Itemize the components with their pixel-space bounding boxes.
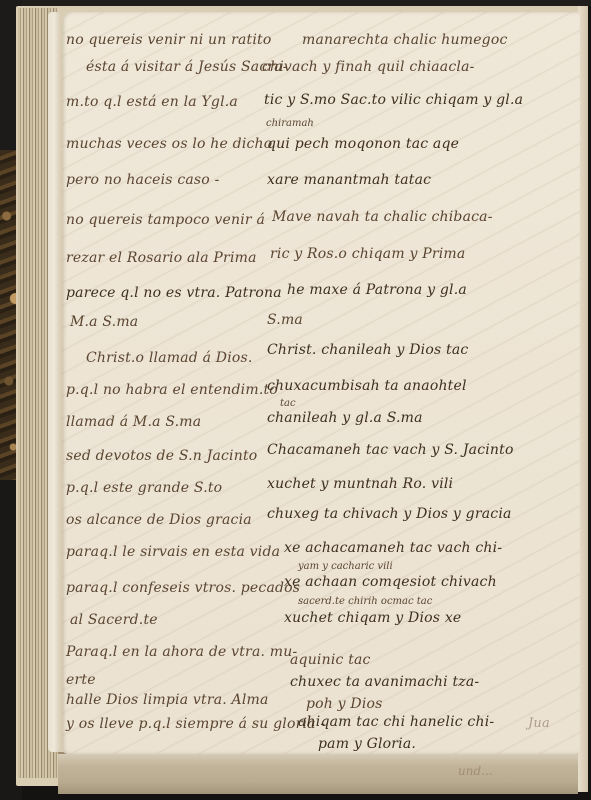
right-line-14: xuchet y muntnah Ro. vili [267,476,453,492]
left-line-4: muchas veces os lo he dicho [66,136,272,152]
right-line-9: S.ma [267,312,303,328]
right-line-23: pam y Gloria. [318,736,416,752]
left-line-22: y os lleve p.q.l siempre á su gloria - [66,716,325,732]
right-line-17: xe achaan comqesiot chivach [284,574,497,590]
left-line-10: Christ.o llamad á Dios. [86,350,253,366]
right-line-15: chuxeg ta chivach y Dios y gracia [267,506,512,522]
left-line-6: no quereis tampoco venir á [66,212,265,228]
left-line-7: rezar el Rosario ala Prima [66,250,257,266]
left-line-3: m.to q.l está en la Ygl.a [66,94,238,110]
right-line-10: Christ. chanileah y Dios tac [267,342,468,358]
right-line-4: qui pech moqonon tac aqe [267,136,459,152]
left-line-20: erte [66,672,96,688]
right-line-2: chivach y finah quil chiaacla- [262,59,475,75]
manuscript-page: no quereis venir ni un ratito manarechta… [62,12,580,754]
scan-scene: und... no quereis venir ni un ratito man… [0,0,591,800]
left-line-14: p.q.l este grande S.to [66,480,222,496]
right-line-16: xe achacamaneh tac vach chi- [284,540,502,556]
right-line-8: he maxe á Patrona y gl.a [287,282,467,298]
right-line-22: ahiqam tac chi hanelic chi- [298,714,494,730]
right-line-18: xuchet chiqam y Dios xe [284,610,461,626]
right-line-19: aquinic tac [290,652,371,668]
right-line-7: ric y Ros.o chiqam y Prima [270,246,465,262]
left-line-13: sed devotos de S.n Jacinto [66,448,257,464]
bottom-edge-text: und... [458,764,493,778]
right-superscript-12: tac [280,398,296,409]
left-line-16: paraq.l le sirvais en esta vida [66,544,280,560]
right-line-5: xare manantmah tatac [267,172,431,188]
right-line-13: Chacamaneh tac vach y S. Jacinto [267,442,514,458]
right-superscript-18: sacerd.te chirih ocmac tac [298,596,432,607]
left-line-2: ésta á visitar á Jesús Sacra- [86,59,288,75]
left-line-11: p.q.l no habra el entendim.to [66,382,278,398]
left-line-9: M.a S.ma [70,314,138,330]
left-line-5: pero no haceis caso - [66,172,220,188]
right-line-3: tic y S.mo Sac.to vilic chiqam y gl.a [264,92,523,108]
right-line-6: Mave navah ta chalic chibaca- [272,209,493,225]
left-line-19: Paraq.l en la ahora de vtra. mu- [66,644,297,660]
right-superscript-17: yam y cacharic vili [298,561,393,572]
right-line-11: chuxacumbisah ta anaohtel [267,378,467,394]
left-line-12: llamad á M.a S.ma [66,414,201,430]
right-line-20: chuxec ta avanimachi tza- [290,674,479,690]
left-line-18: al Sacerd.te [70,612,158,628]
right-line-1: manarechta chalic humegoc [302,32,508,48]
page-fold-highlight [48,12,60,752]
left-line-15: os alcance de Dios gracia [66,512,252,528]
right-superscript-4: chiramah [266,118,314,129]
right-line-12: chanileah y gl.a S.ma [267,410,423,426]
left-line-21: halle Dios limpia vtra. Alma [66,692,269,708]
left-line-1: no quereis venir ni un ratito [66,32,272,48]
right-line-21: poh y Dios [306,696,383,712]
bleed-through-word: Jua [528,716,550,731]
left-line-17: paraq.l confeseis vtros. pecados [66,580,300,596]
bottom-page-edge: und... [58,752,578,794]
left-line-8: parece q.l no es vtra. Patrona [66,285,282,301]
